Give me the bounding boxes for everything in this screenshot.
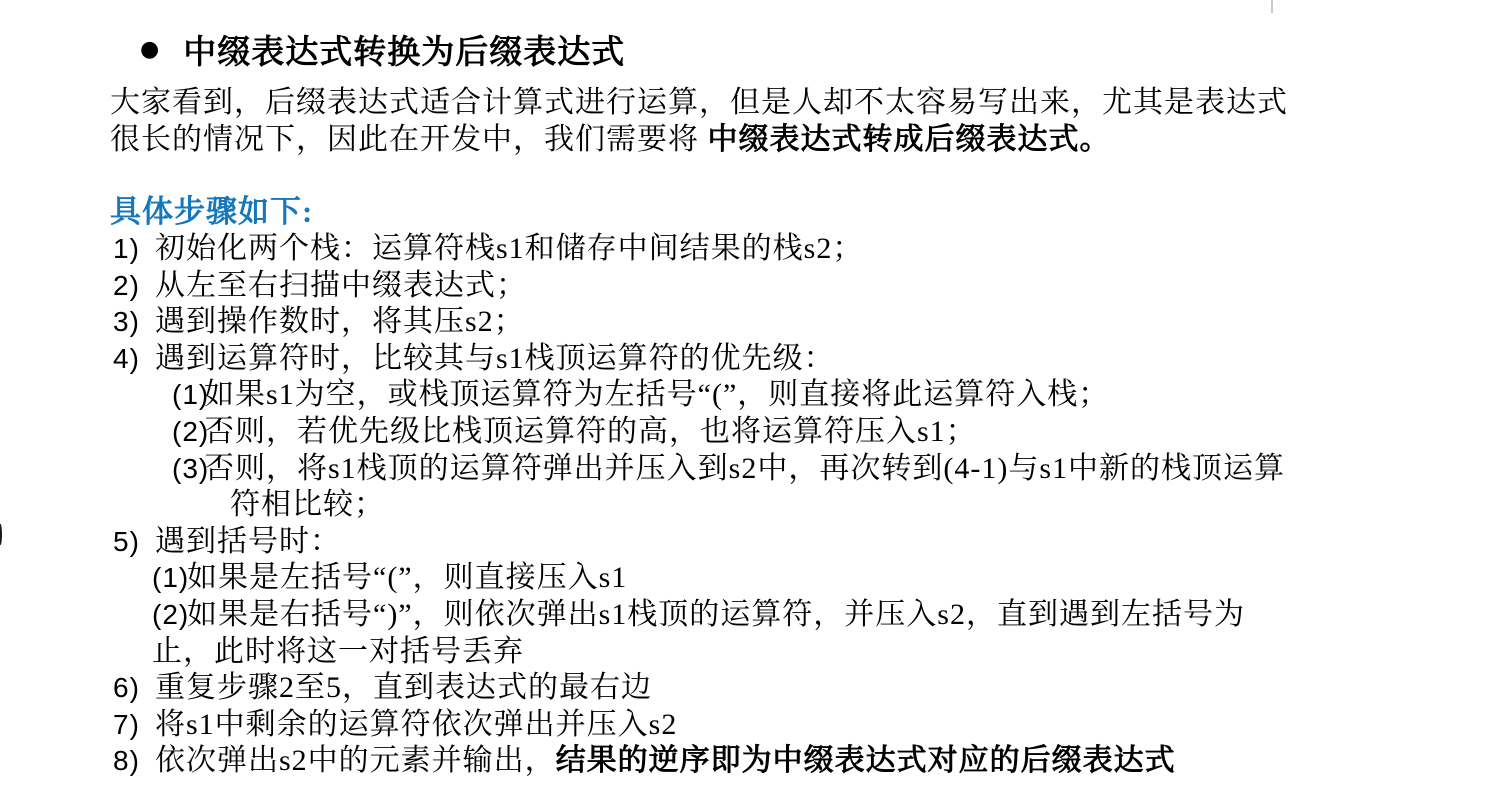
substep-marker: (1): [152, 560, 189, 597]
step-item-7: 7) 将s1中剩余的运算符依次弹出并压入s2: [0, 707, 1497, 744]
step-item-5: 5) 遇到括号时：: [0, 524, 1497, 561]
substep-marker: (2): [152, 597, 189, 634]
step-item-8: 8) 依次弹出s2中的元素并输出，结果的逆序即为中缀表达式对应的后缀表达式: [0, 743, 1497, 780]
substep-text: 否则，若优先级比栈顶运算符的高，也将运算符压入s1；: [204, 414, 977, 451]
step-marker: 1): [113, 231, 140, 268]
step-text: 从左至右扫描中缀表达式；: [155, 268, 527, 305]
substep-text-continuation: 符相比较；: [230, 487, 385, 524]
page-title: ● 中缀表达式转换为后缀表达式: [140, 26, 625, 73]
step-item-1: 1) 初始化两个栈：运算符栈s1和储存中间结果的栈s2；: [0, 231, 1497, 268]
step-item-4-sub-2: (2) 否则，若优先级比栈顶运算符的高，也将运算符压入s1；: [0, 414, 1497, 451]
document-page: ● 中缀表达式转换为后缀表达式 大家看到，后缀表达式适合计算式进行运算，但是人却…: [0, 0, 1497, 805]
step-item-3: 3) 遇到操作数时，将其压s2；: [0, 304, 1497, 341]
step-item-4: 4) 遇到运算符时，比较其与s1栈顶运算符的优先级：: [0, 341, 1497, 378]
step-marker: 2): [113, 268, 140, 305]
step-marker: 4): [113, 341, 140, 378]
intro-line-2-normal: 很长的情况下，因此在开发中，我们需要将: [110, 123, 708, 156]
step-text: 遇到括号时：: [155, 524, 341, 561]
substep-text: 如果是右括号“)”，则依次弹出s1栈顶的运算符，并压入s2，直到遇到左括号为: [187, 597, 1245, 634]
page-title-text: 中缀表达式转换为后缀表达式: [183, 26, 625, 73]
substep-text-continuation: 止，此时将这一对括号丢弃: [152, 634, 524, 671]
steps-heading: 具体步骤如下:: [110, 186, 313, 231]
step-marker: 5): [113, 524, 140, 561]
step-item-2: 2) 从左至右扫描中缀表达式；: [0, 268, 1497, 305]
step-text-bold: 结果的逆序即为中缀表达式对应的后缀表达式: [556, 744, 1176, 777]
steps-list: 1) 初始化两个栈：运算符栈s1和储存中间结果的栈s2； 2) 从左至右扫描中缀…: [0, 231, 1497, 780]
step-marker: 3): [113, 304, 140, 341]
intro-paragraph: 大家看到，后缀表达式适合计算式进行运算，但是人却不太容易写出来，尤其是表达式 很…: [110, 84, 1288, 158]
step-marker: 7): [113, 707, 140, 744]
step-text: 初始化两个栈：运算符栈s1和储存中间结果的栈s2；: [155, 231, 863, 268]
step-text: 依次弹出s2中的元素并输出，结果的逆序即为中缀表达式对应的后缀表达式: [155, 743, 1176, 780]
step-item-5-sub-2-continuation: 止，此时将这一对括号丢弃: [0, 634, 1497, 671]
step-text: 遇到运算符时，比较其与s1栈顶运算符的优先级：: [155, 341, 835, 378]
intro-line-2-bold: 中缀表达式转成后缀表达式。: [708, 123, 1111, 156]
top-right-line-artifact: [1271, 0, 1273, 13]
step-text: 重复步骤2至5，直到表达式的最右边: [155, 670, 652, 707]
substep-text: 如果是左括号“(”，则直接压入s1: [187, 560, 627, 597]
intro-line-2: 很长的情况下，因此在开发中，我们需要将 中缀表达式转成后缀表达式。: [110, 121, 1288, 158]
substep-text: 如果s1为空，或栈顶运算符为左括号“(”，则直接将此运算符入栈；: [204, 377, 1109, 414]
step-item-4-sub-3-continuation: 符相比较；: [0, 487, 1497, 524]
step-item-4-sub-1: (1) 如果s1为空，或栈顶运算符为左括号“(”，则直接将此运算符入栈；: [0, 377, 1497, 414]
step-text: 遇到操作数时，将其压s2；: [155, 304, 525, 341]
step-text: 将s1中剩余的运算符依次弹出并压入s2: [155, 707, 677, 744]
bullet-icon: ●: [140, 39, 159, 61]
step-marker: 8): [113, 743, 140, 780]
step-text-normal: 依次弹出s2中的元素并输出，: [155, 744, 556, 777]
intro-line-1: 大家看到，后缀表达式适合计算式进行运算，但是人却不太容易写出来，尤其是表达式: [110, 84, 1288, 121]
step-item-6: 6) 重复步骤2至5，直到表达式的最右边: [0, 670, 1497, 707]
step-item-5-sub-1: (1) 如果是左括号“(”，则直接压入s1: [0, 560, 1497, 597]
substep-text: 否则，将s1栈顶的运算符弹出并压入到s2中，再次转到(4-1)与s1中新的栈顶运…: [204, 451, 1285, 488]
step-item-5-sub-2: (2) 如果是右括号“)”，则依次弹出s1栈顶的运算符，并压入s2，直到遇到左括…: [0, 597, 1497, 634]
step-marker: 6): [113, 670, 140, 707]
step-item-4-sub-3: (3) 否则，将s1栈顶的运算符弹出并压入到s2中，再次转到(4-1)与s1中新…: [0, 451, 1497, 488]
